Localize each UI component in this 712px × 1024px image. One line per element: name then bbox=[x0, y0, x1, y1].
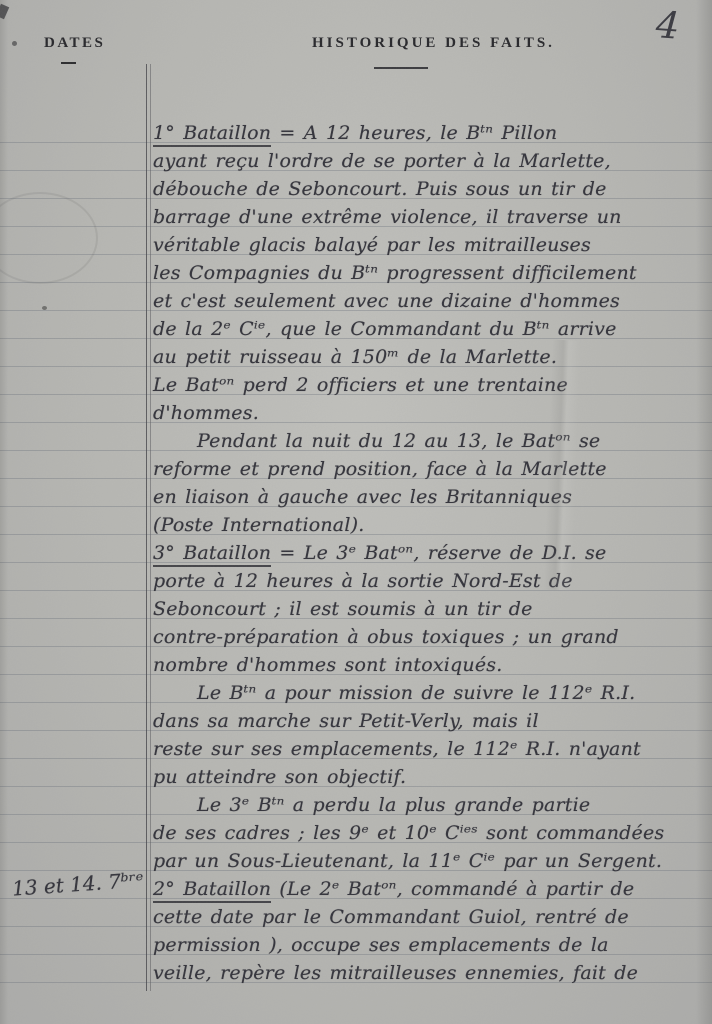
ink-stain bbox=[0, 192, 98, 284]
manuscript-line: reforme et prend position, face à la Mar… bbox=[153, 456, 712, 484]
manuscript-line: contre-préparation à obus toxiques ; un … bbox=[153, 624, 712, 652]
paper-speck bbox=[42, 306, 47, 310]
manuscript-line: en liaison à gauche avec les Britannique… bbox=[153, 484, 712, 512]
dates-column-entry: 13 et 14. 7ᵇʳᵉ bbox=[11, 867, 146, 900]
manuscript-line: de la 2ᵉ Cⁱᵉ, que le Commandant du Bᵗⁿ a… bbox=[153, 316, 712, 344]
manuscript-line: d'hommes. bbox=[153, 400, 712, 428]
dates-column-header: DATES bbox=[44, 35, 105, 52]
manuscript-line: dans sa marche sur Petit-Verly, mais il bbox=[153, 708, 712, 736]
journal-page: DATES HISTORIQUE DES FAITS. 4 13 et 14. … bbox=[0, 0, 712, 1024]
scan-edge-dot bbox=[12, 41, 17, 46]
manuscript-line: par un Sous-Lieutenant, la 11ᵉ Cⁱᵉ par u… bbox=[153, 848, 712, 876]
manuscript-line: Pendant la nuit du 12 au 13, le Batᵒⁿ se bbox=[153, 428, 712, 456]
manuscript-line: cette date par le Commandant Guiol, rent… bbox=[153, 904, 712, 932]
dates-column-separator-inner bbox=[150, 64, 151, 991]
manuscript-line: Le 3ᵉ Bᵗⁿ a perdu la plus grande partie bbox=[153, 792, 712, 820]
manuscript-line: véritable glacis balayé par les mitraill… bbox=[153, 232, 712, 260]
manuscript-line: au petit ruisseau à 150ᵐ de la Marlette. bbox=[153, 344, 712, 372]
section-heading: 1° Bataillon bbox=[153, 122, 271, 147]
scan-edge-mark bbox=[0, 4, 9, 20]
manuscript-line: porte à 12 heures à la sortie Nord-Est d… bbox=[153, 568, 712, 596]
manuscript-line: de ses cadres ; les 9ᵉ et 10ᵉ Cⁱᵉˢ sont … bbox=[153, 820, 712, 848]
manuscript-line: (Poste International). bbox=[153, 512, 712, 540]
manuscript-line: et c'est seulement avec une dizaine d'ho… bbox=[153, 288, 712, 316]
section-heading: 2° Bataillon bbox=[153, 878, 271, 903]
manuscript-line: nombre d'hommes sont intoxiqués. bbox=[153, 652, 712, 680]
historique-header: HISTORIQUE DES FAITS. bbox=[312, 35, 555, 52]
manuscript-line: les Compagnies du Bᵗⁿ progressent diffic… bbox=[153, 260, 712, 288]
manuscript-line: débouche de Seboncourt. Puis sous un tir… bbox=[153, 176, 712, 204]
manuscript-line: veille, repère les mitrailleuses ennemie… bbox=[153, 960, 712, 988]
manuscript-line: pu atteindre son objectif. bbox=[153, 764, 712, 792]
manuscript-line: permission ), occupe ses emplacements de… bbox=[153, 932, 712, 960]
manuscript-line: reste sur ses emplacements, le 112ᵉ R.I.… bbox=[153, 736, 712, 764]
manuscript-line: 1° Bataillon = A 12 heures, le Bᵗⁿ Pillo… bbox=[153, 120, 712, 148]
manuscript-line: ayant reçu l'ordre de se porter à la Mar… bbox=[153, 148, 712, 176]
page-number: 4 bbox=[655, 3, 681, 48]
manuscript-line: barrage d'une extrême violence, il trave… bbox=[153, 204, 712, 232]
page-edge-shadow-left bbox=[0, 0, 8, 1024]
section-heading: 3° Bataillon bbox=[153, 542, 271, 567]
manuscript-line: 2° Bataillon (Le 2ᵉ Batᵒⁿ, commandé à pa… bbox=[153, 876, 712, 904]
historique-header-underline bbox=[374, 67, 428, 69]
dates-header-dash bbox=[61, 62, 76, 64]
dates-column-separator bbox=[146, 64, 147, 991]
manuscript-line: Seboncourt ; il est soumis à un tir de bbox=[153, 596, 712, 624]
manuscript-line: Le Batᵒⁿ perd 2 officiers et une trentai… bbox=[153, 372, 712, 400]
manuscript-line: Le Bᵗⁿ a pour mission de suivre le 112ᵉ … bbox=[153, 680, 712, 708]
manuscript-line: 3° Bataillon = Le 3ᵉ Batᵒⁿ, réserve de D… bbox=[153, 540, 712, 568]
